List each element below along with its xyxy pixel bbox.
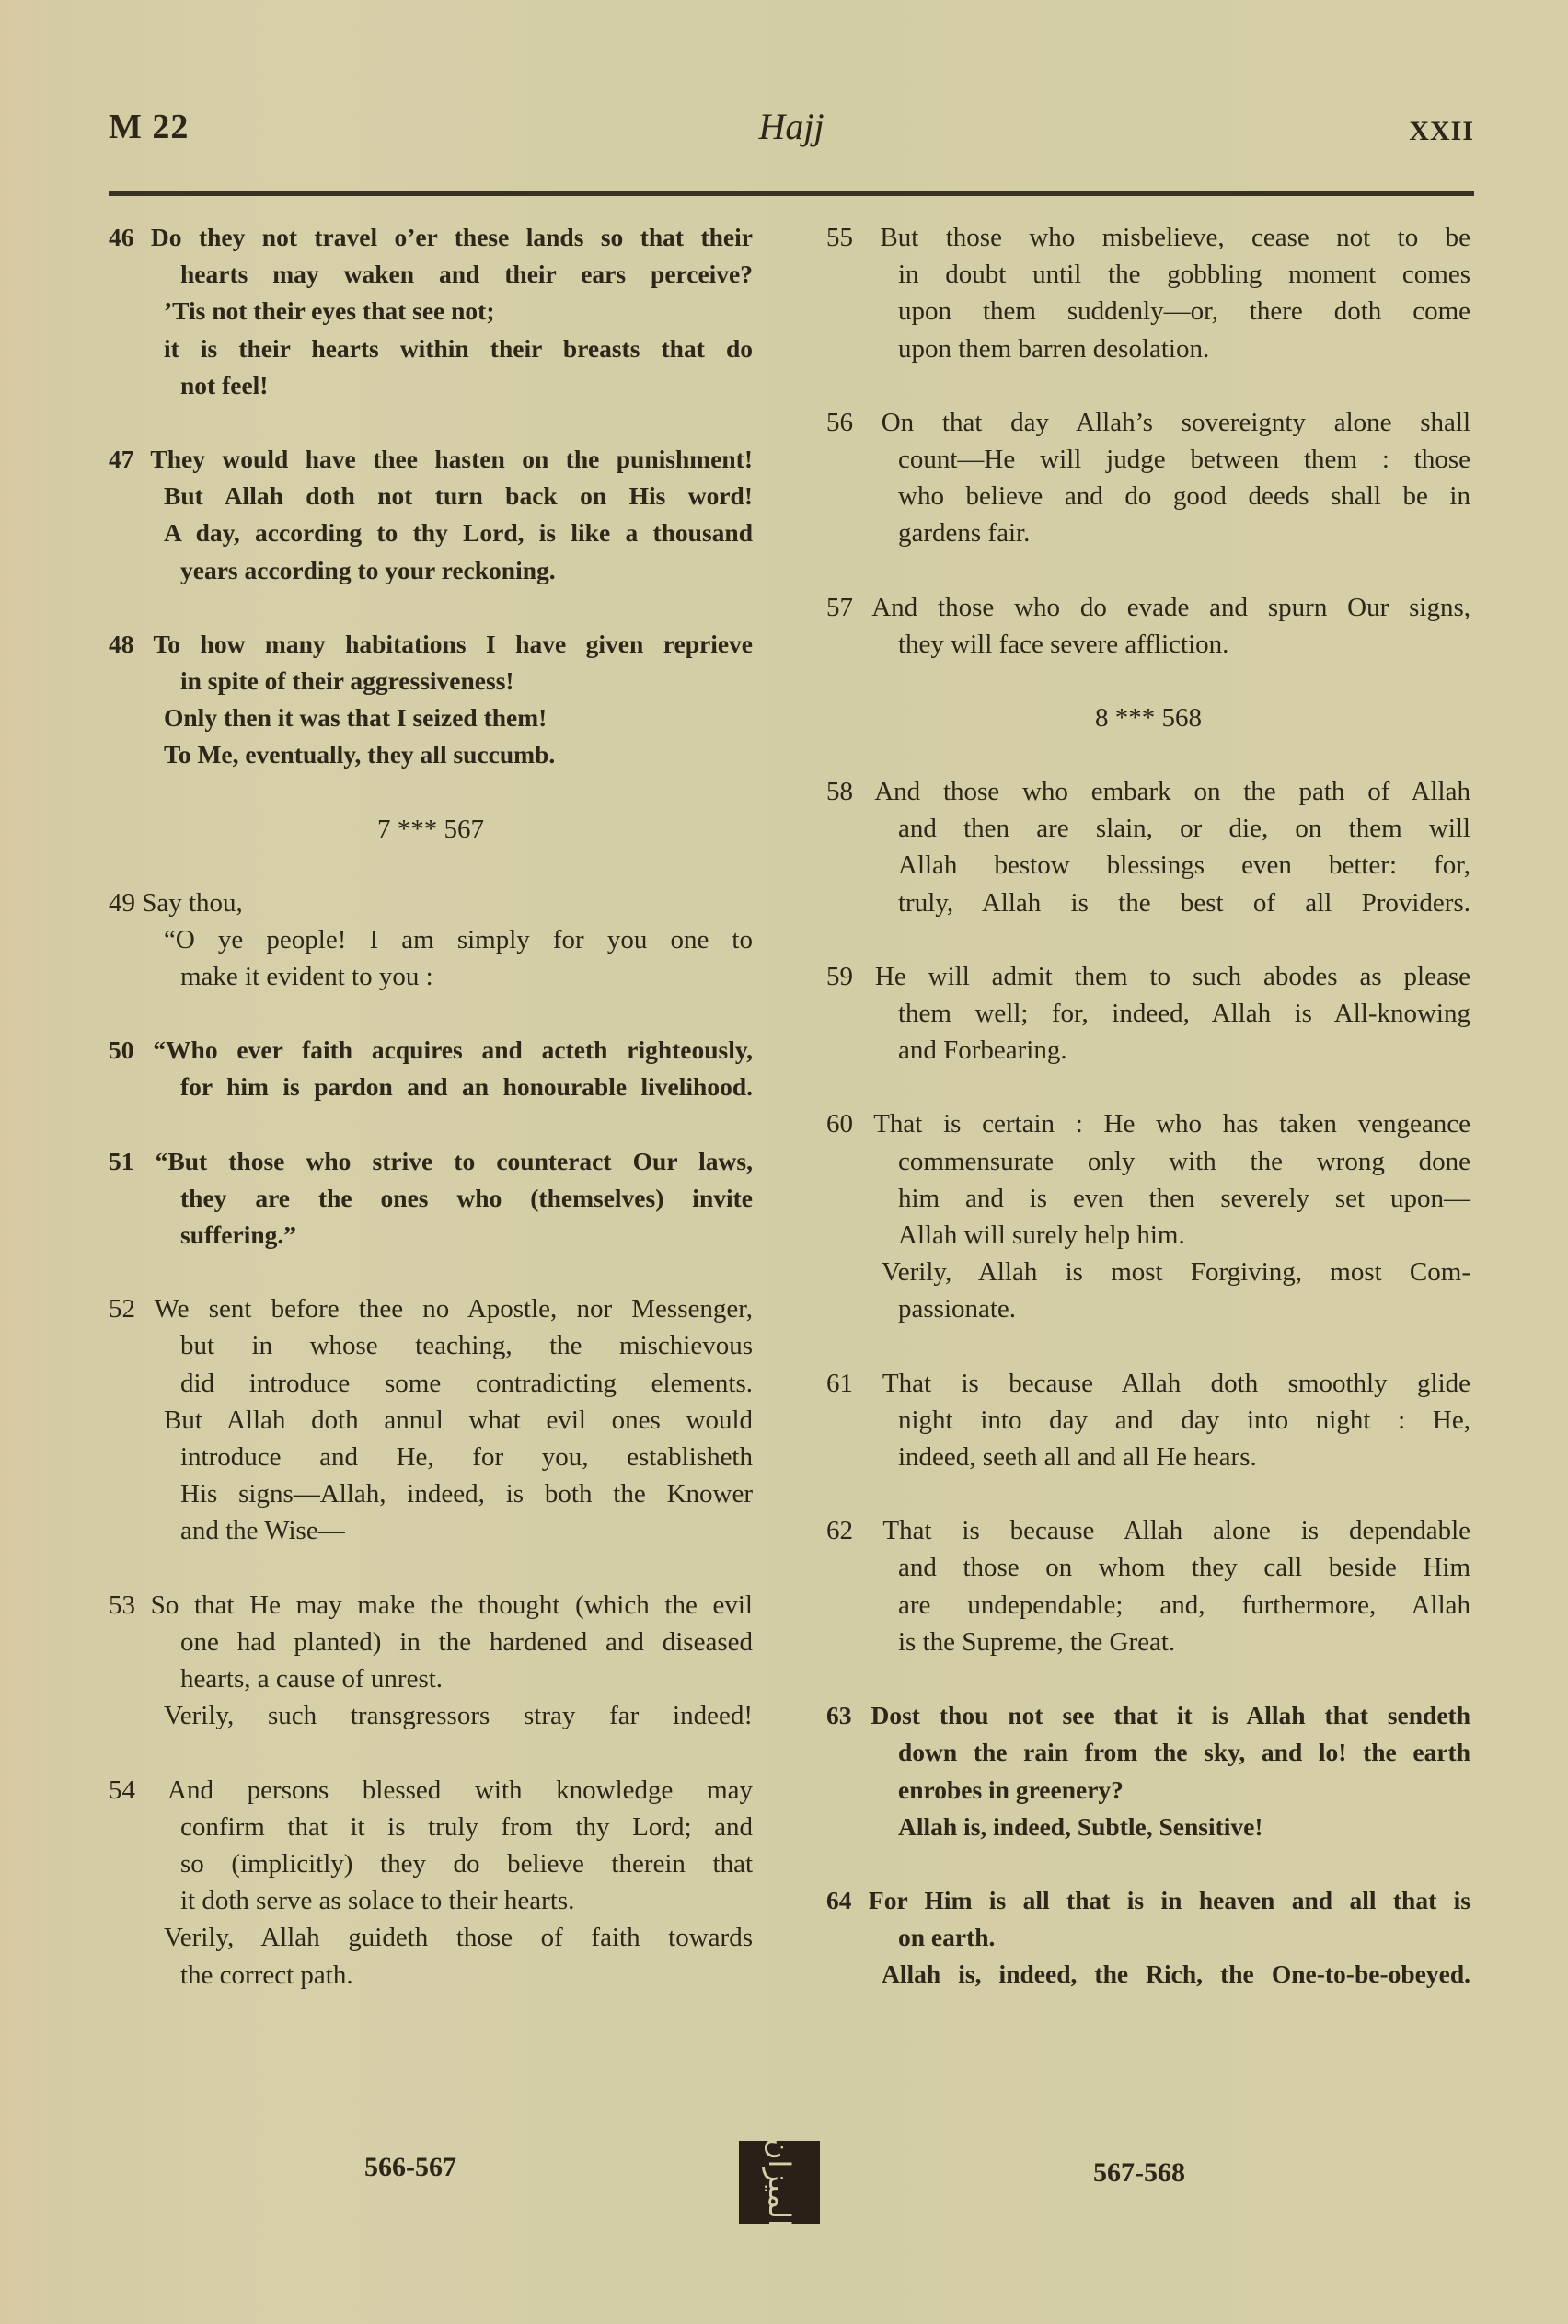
verse-61: 61 That is because Allah doth smoothly g…: [826, 1365, 1470, 1476]
footer-page-range-left: 566-567: [364, 2152, 456, 2183]
verse-line: Allah will surely help him.: [826, 1217, 1470, 1254]
verse-63: 63 Dost thou not see that it is Allah th…: [826, 1697, 1470, 1845]
verse-line: they will face severe affliction.: [826, 626, 1470, 663]
verse-line: who believe and do good deeds shall be i…: [826, 478, 1470, 515]
verse-line: make it evident to you :: [109, 958, 753, 995]
verse-47: 47 They would have thee hasten on the pu…: [109, 441, 753, 589]
verse-spacer: [826, 1660, 1470, 1697]
verse-line: truly, Allah is the best of all Provider…: [826, 885, 1470, 921]
verse-line: they are the ones who (themselves) invit…: [109, 1180, 753, 1217]
verse-line: confirm that it is truly from thy Lord; …: [109, 1809, 753, 1845]
verse-spacer: [826, 1845, 1470, 1882]
verse-line: did introduce some contradicting element…: [109, 1365, 753, 1402]
verse-line: 47 They would have thee hasten on the pu…: [109, 441, 753, 478]
verse-line: night into day and day into night : He,: [826, 1402, 1470, 1439]
verse-spacer: [109, 1735, 753, 1772]
verse-line: passionate.: [826, 1290, 1470, 1327]
right-column: 55 But those who misbelieve, cease not t…: [826, 219, 1470, 1994]
verse-line: count—He will judge between them : those: [826, 441, 1470, 478]
page-title: Hajj: [109, 105, 1474, 148]
verse-line: down the rain from the sky, and lo! the …: [826, 1734, 1470, 1771]
verse-line: 58 And those who embark on the path of A…: [826, 773, 1470, 810]
verse-spacer: [109, 1550, 753, 1587]
verse-line: and Forbearing.: [826, 1032, 1470, 1069]
verse-line: 51 “But those who strive to counteract O…: [109, 1143, 753, 1180]
verse-60: 60 That is certain : He who has taken ve…: [826, 1105, 1470, 1327]
verse-line: 62 That is because Allah alone is depend…: [826, 1512, 1470, 1549]
verse-spacer: [826, 367, 1470, 404]
verse-line: Only then it was that I seized them!: [109, 700, 753, 736]
verse-spacer: [109, 995, 753, 1032]
section-divider: 7 *** 567: [109, 811, 753, 848]
verse-line: him and is even then severely set upon—: [826, 1180, 1470, 1217]
verse-line: 56 On that day Allah’s sovereignty alone…: [826, 404, 1470, 441]
verse-line: “O ye people! I am simply for you one to: [109, 921, 753, 958]
section-divider: 8 *** 568: [826, 700, 1470, 736]
verse-line: Verily, Allah is most Forgiving, most Co…: [826, 1254, 1470, 1290]
logo-text: الميزان: [765, 2138, 794, 2227]
verse-line: not feel!: [109, 367, 753, 404]
verse-line: it is their hearts within their breasts …: [109, 330, 753, 367]
verse-53: 53 So that He may make the thought (whic…: [109, 1587, 753, 1735]
verse-line: introduce and He, for you, establisheth: [109, 1439, 753, 1475]
verse-line: one had planted) in the hardened and dis…: [109, 1624, 753, 1660]
verse-line: for him is pardon and an honourable live…: [109, 1069, 753, 1105]
verse-49: 49 Say thou,“O ye people! I am simply fo…: [109, 885, 753, 996]
verse-54: 54 And persons blessed with knowledge ma…: [109, 1772, 753, 1994]
verse-58: 58 And those who embark on the path of A…: [826, 773, 1470, 921]
verse-line: commensurate only with the wrong done: [826, 1143, 1470, 1180]
verse-line: suffering.”: [109, 1217, 753, 1254]
footer-page-range-right: 567-568: [1093, 2157, 1185, 2189]
verse-line: 63 Dost thou not see that it is Allah th…: [826, 1697, 1470, 1734]
verse-55: 55 But those who misbelieve, cease not t…: [826, 219, 1470, 367]
verse-line: and then are slain, or die, on them will: [826, 810, 1470, 847]
verse-64: 64 For Him is all that is in heaven and …: [826, 1882, 1470, 1994]
verse-line: it doth serve as solace to their hearts.: [109, 1882, 753, 1919]
verse-line: His signs—Allah, indeed, is both the Kno…: [109, 1475, 753, 1512]
verse-spacer: [826, 663, 1470, 700]
verse-line: ’Tis not their eyes that see not;: [109, 293, 753, 330]
verse-line: upon them barren desolation.: [826, 330, 1470, 367]
verse-spacer: [826, 1475, 1470, 1512]
verse-52: 52 We sent before thee no Apostle, nor M…: [109, 1290, 753, 1549]
verse-line: To Me, eventually, they all succumb.: [109, 736, 753, 773]
verse-line: years according to your reckoning.: [109, 552, 753, 589]
verse-spacer: [109, 1106, 753, 1143]
verse-line: indeed, seeth all and all He hears.: [826, 1439, 1470, 1475]
verse-line: hearts may waken and their ears perceive…: [109, 256, 753, 293]
verse-spacer: [109, 774, 753, 811]
verse-line: 53 So that He may make the thought (whic…: [109, 1587, 753, 1624]
verse-line: Verily, such transgressors stray far ind…: [109, 1697, 753, 1734]
header-rule: [109, 191, 1474, 196]
verse-50: 50 “Who ever faith acquires and acteth r…: [109, 1032, 753, 1105]
verse-line: 60 That is certain : He who has taken ve…: [826, 1105, 1470, 1142]
verse-spacer: [109, 848, 753, 885]
chapter-number: XXII: [1409, 116, 1474, 147]
verse-line: Allah is, indeed, Subtle, Sensitive!: [826, 1809, 1470, 1845]
verse-line: 48 To how many habitations I have given …: [109, 626, 753, 663]
verse-57: 57 And those who do evade and spurn Our …: [826, 589, 1470, 663]
verse-spacer: [826, 921, 1470, 958]
verse-line: enrobes in greenery?: [826, 1772, 1470, 1809]
verse-line: Allah bestow blessings even better: for,: [826, 847, 1470, 884]
verse-line: But Allah doth annul what evil ones woul…: [109, 1402, 753, 1439]
verse-46: 46 Do they not travel o’er these lands s…: [109, 219, 753, 404]
verse-spacer: [109, 589, 753, 626]
verse-line: 50 “Who ever faith acquires and acteth r…: [109, 1032, 753, 1069]
verse-line: in doubt until the gobbling moment comes: [826, 256, 1470, 293]
verse-line: them well; for, indeed, Allah is All-kno…: [826, 995, 1470, 1032]
publisher-logo-icon: الميزان: [739, 2141, 820, 2224]
verse-line: are undependable; and, furthermore, Alla…: [826, 1587, 1470, 1624]
verse-line: on earth.: [826, 1919, 1470, 1956]
verse-line: 59 He will admit them to such abodes as …: [826, 958, 1470, 995]
verse-spacer: [826, 736, 1470, 773]
verse-59: 59 He will admit them to such abodes as …: [826, 958, 1470, 1070]
verse-line: 64 For Him is all that is in heaven and …: [826, 1882, 1470, 1919]
verse-line: Verily, Allah guideth those of faith tow…: [109, 1919, 753, 1956]
page-header: M 22 Hajj XXII: [109, 103, 1474, 158]
verse-spacer: [826, 552, 1470, 589]
verse-56: 56 On that day Allah’s sovereignty alone…: [826, 404, 1470, 552]
verse-line: Allah is, indeed, the Rich, the One-to-b…: [826, 1956, 1470, 1993]
verse-48: 48 To how many habitations I have given …: [109, 626, 753, 774]
verse-line: the correct path.: [109, 1957, 753, 1994]
verse-line: but in whose teaching, the mischievous: [109, 1327, 753, 1364]
verse-line: 46 Do they not travel o’er these lands s…: [109, 219, 753, 256]
verse-line: and those on whom they call beside Him: [826, 1549, 1470, 1586]
left-column: 46 Do they not travel o’er these lands s…: [109, 219, 753, 1994]
verse-line: 49 Say thou,: [109, 885, 753, 921]
verse-line: in spite of their aggressiveness!: [109, 663, 753, 700]
verse-line: A day, according to thy Lord, is like a …: [109, 515, 753, 551]
verse-line: 57 And those who do evade and spurn Our …: [826, 589, 1470, 626]
verse-line: and the Wise—: [109, 1512, 753, 1549]
verse-line: is the Supreme, the Great.: [826, 1624, 1470, 1660]
verse-line: gardens fair.: [826, 515, 1470, 551]
verse-spacer: [826, 1328, 1470, 1365]
verse-line: But Allah doth not turn back on His word…: [109, 478, 753, 515]
verse-line: so (implicitly) they do believe therein …: [109, 1845, 753, 1882]
verse-62: 62 That is because Allah alone is depend…: [826, 1512, 1470, 1660]
verse-line: 61 That is because Allah doth smoothly g…: [826, 1365, 1470, 1402]
verse-51: 51 “But those who strive to counteract O…: [109, 1143, 753, 1254]
verse-spacer: [109, 404, 753, 441]
verse-line: upon them suddenly—or, there doth come: [826, 293, 1470, 330]
verse-line: 54 And persons blessed with knowledge ma…: [109, 1772, 753, 1809]
verse-spacer: [826, 1069, 1470, 1105]
verse-line: 52 We sent before thee no Apostle, nor M…: [109, 1290, 753, 1327]
verse-line: hearts, a cause of unrest.: [109, 1660, 753, 1697]
verse-spacer: [109, 1254, 753, 1290]
verse-line: 55 But those who misbelieve, cease not t…: [826, 219, 1470, 256]
